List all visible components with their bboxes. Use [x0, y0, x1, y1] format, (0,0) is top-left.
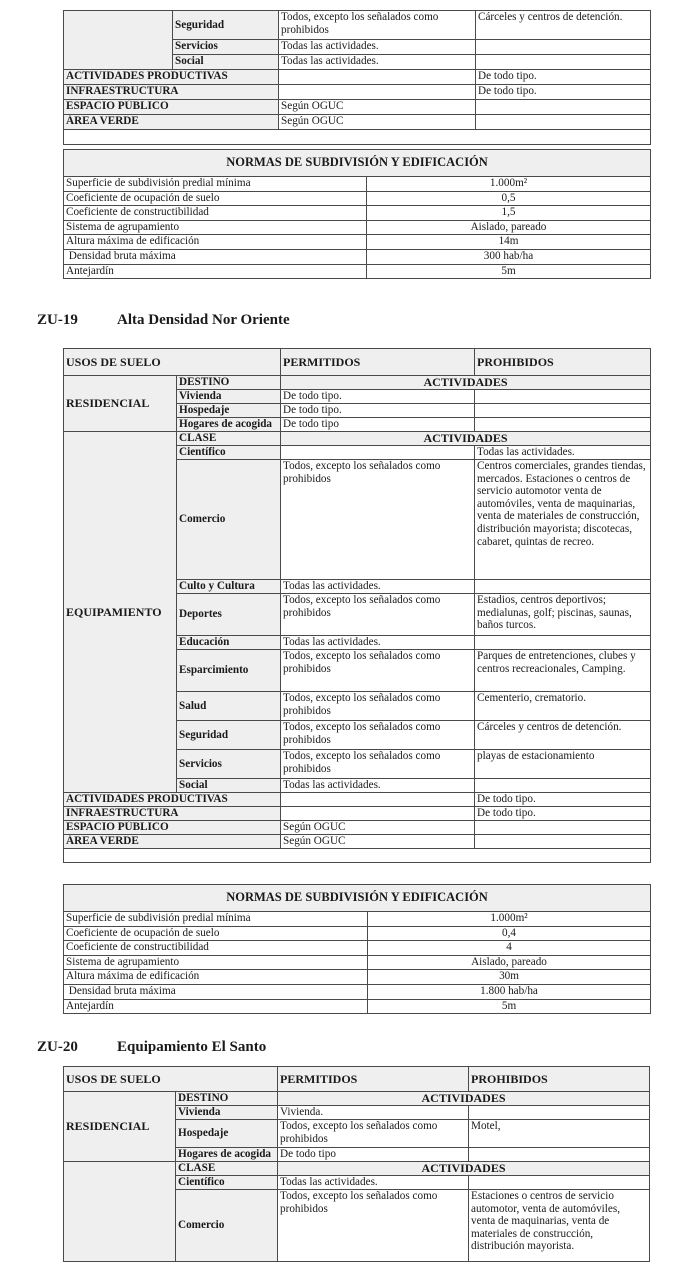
permitidos-cell: Todos, excepto los señalados como prohib… [278, 1190, 469, 1262]
prohibidos-cell [476, 100, 651, 115]
clase-cell: Servicios [173, 40, 279, 55]
use-label: ACTIVIDADES PRODUCTIVAS [64, 793, 281, 807]
clase-cell: Servicios [177, 750, 281, 779]
norms-title: NORMAS DE SUBDIVISIÓN Y EDIFICACIÓN [64, 150, 651, 177]
clase-cell: Deportes [177, 594, 281, 636]
table-row: Superficie de subdivisión predial mínima… [64, 912, 651, 927]
actividades-label: ACTIVIDADES [281, 376, 651, 390]
table-row: Altura máxima de edificación14m [64, 235, 651, 250]
permitidos-cell: De todo tipo. [281, 404, 475, 418]
use-label: ESPACIO PÚBLICO [64, 821, 281, 835]
destino-cell: Hogares de acogida [176, 1148, 278, 1162]
prohibidos-cell: De todo tipo. [475, 793, 651, 807]
norm-value: 5m [368, 999, 651, 1014]
norm-label: Altura máxima de edificación [64, 970, 368, 985]
permitidos-cell: Todas las actividades. [279, 40, 476, 55]
prohibidos-cell [475, 821, 651, 835]
prohibidos-cell [475, 404, 651, 418]
norm-value: 4 [368, 941, 651, 956]
prohibidos-cell [469, 1176, 650, 1190]
spacer-row [64, 130, 651, 145]
prohibidos-cell [475, 390, 651, 404]
clase-cell: Comercio [176, 1190, 278, 1262]
table-row: Coeficiente de constructibilidad4 [64, 941, 651, 956]
use-label: ESPACIO PÚBLICO [64, 100, 279, 115]
permitidos-cell [279, 70, 476, 85]
permitidos-cell: Todas las actividades. [279, 55, 476, 70]
prohibidos-cell: Cárceles y centros de detención. [476, 11, 651, 40]
clase-cell: Científico [176, 1176, 278, 1190]
table-row: Seguridad Todos, excepto los señalados c… [64, 11, 651, 40]
norm-label: Coeficiente de constructibilidad [64, 941, 368, 956]
prohibidos-cell [475, 779, 651, 793]
destino-cell: Hospedaje [177, 404, 281, 418]
table-row: Coeficiente de constructibilidad1,5 [64, 206, 651, 221]
prohibidos-cell [475, 580, 651, 594]
table-row: Antejardín5m [64, 999, 651, 1014]
permitidos-cell: Según OGUC [281, 835, 475, 849]
table-row: Densidad bruta máxima1.800 hab/ha [64, 984, 651, 999]
norm-value: 1.000m² [368, 912, 651, 927]
permitidos-cell: Todas las actividades. [281, 779, 475, 793]
zu18-norms-table: NORMAS DE SUBDIVISIÓN Y EDIFICACIÓN Supe… [63, 149, 651, 279]
norm-value: 0,4 [368, 926, 651, 941]
permitidos-cell [279, 85, 476, 100]
table-row: RESIDENCIAL DESTINO ACTIVIDADES [64, 376, 651, 390]
zu18-uses-table-continuation: Seguridad Todos, excepto los señalados c… [63, 10, 651, 145]
permitidos-cell [281, 807, 475, 821]
destino-cell: Hogares de acogida [177, 418, 281, 432]
norm-label: Sistema de agrupamiento [64, 955, 368, 970]
norm-label: Coeficiente de ocupación de suelo [64, 926, 368, 941]
section-heading-zu20: ZU-20Equipamiento El Santo [37, 1039, 266, 1056]
residencial-label: RESIDENCIAL [64, 376, 177, 432]
destino-cell: Hospedaje [176, 1120, 278, 1148]
zone-code: ZU-19 [37, 312, 117, 329]
prohibidos-cell [475, 418, 651, 432]
header-prohibidos: PROHIBIDOS [475, 349, 651, 376]
permitidos-cell: De todo tipo [278, 1148, 469, 1162]
norm-value: 0,5 [367, 191, 651, 206]
clase-cell: Social [173, 55, 279, 70]
norm-label: Superficie de subdivisión predial mínima [64, 912, 368, 927]
table-header-row: USOS DE SUELO PERMITIDOS PROHIBIDOS [64, 1067, 650, 1092]
prohibidos-cell: Parques de entretenciones, clubes y cent… [475, 650, 651, 692]
permitidos-cell [281, 793, 475, 807]
clase-label: CLASE [177, 432, 281, 446]
actividades-label: ACTIVIDADES [278, 1162, 650, 1176]
prohibidos-cell [475, 636, 651, 650]
table-row: ESPACIO PÚBLICO Según OGUC [64, 100, 651, 115]
prohibidos-cell: Centros comerciales, grandes tiendas, me… [475, 460, 651, 580]
prohibidos-cell: Todas las actividades. [475, 446, 651, 460]
table-row: INFRAESTRUCTURA De todo tipo. [64, 85, 651, 100]
norm-value: 1.800 hab/ha [368, 984, 651, 999]
norm-value: 5m [367, 264, 651, 279]
use-label: ÁREA VERDE [64, 115, 279, 130]
table-row: INFRAESTRUCTURA De todo tipo. [64, 807, 651, 821]
norm-value: 1.000m² [367, 177, 651, 192]
clase-cell: Esparcimiento [177, 650, 281, 692]
permitidos-cell: Todos, excepto los señalados como prohib… [279, 11, 476, 40]
section-heading-zu19: ZU-19Alta Densidad Nor Oriente [37, 312, 290, 329]
clase-cell: Social [177, 779, 281, 793]
norm-value: 1,5 [367, 206, 651, 221]
destino-label: DESTINO [177, 376, 281, 390]
use-label: ACTIVIDADES PRODUCTIVAS [64, 70, 279, 85]
prohibidos-cell: De todo tipo. [476, 85, 651, 100]
prohibidos-cell: Motel, [469, 1120, 650, 1148]
zu19-norms-table: NORMAS DE SUBDIVISIÓN Y EDIFICACIÓN Supe… [63, 884, 651, 1014]
equipamiento-cell [64, 11, 173, 70]
clase-label: CLASE [176, 1162, 278, 1176]
zone-code: ZU-20 [37, 1039, 117, 1056]
norm-value: 300 hab/ha [367, 249, 651, 264]
prohibidos-cell [476, 115, 651, 130]
permitidos-cell: Todos, excepto los señalados como prohib… [281, 721, 475, 750]
zone-name: Alta Densidad Nor Oriente [117, 312, 290, 328]
equipamiento-cell [64, 1162, 176, 1262]
permitidos-cell: Según OGUC [279, 100, 476, 115]
header-usos: USOS DE SUELO [64, 349, 281, 376]
prohibidos-cell [469, 1148, 650, 1162]
header-permitidos: PERMITIDOS [278, 1067, 469, 1092]
permitidos-cell: Vivienda. [278, 1106, 469, 1120]
permitidos-cell: Todas las actividades. [281, 580, 475, 594]
table-row: Antejardín5m [64, 264, 651, 279]
table-row: Sistema de agrupamientoAislado, pareado [64, 955, 651, 970]
table-row: ÁREA VERDE Según OGUC [64, 835, 651, 849]
permitidos-cell: Todos, excepto los señalados como prohib… [281, 460, 475, 580]
norm-label: Altura máxima de edificación [64, 235, 367, 250]
actividades-label: ACTIVIDADES [281, 432, 651, 446]
prohibidos-cell: Estadios, centros deportivos; medialunas… [475, 594, 651, 636]
norm-value: 30m [368, 970, 651, 985]
header-usos: USOS DE SUELO [64, 1067, 278, 1092]
permitidos-cell: Todas las actividades. [278, 1176, 469, 1190]
clase-cell: Comercio [177, 460, 281, 580]
permitidos-cell: De todo tipo. [281, 390, 475, 404]
norm-label: Densidad bruta máxima [64, 249, 367, 264]
table-row: ÁREA VERDE Según OGUC [64, 115, 651, 130]
table-row: Superficie de subdivisión predial mínima… [64, 177, 651, 192]
table-row: ACTIVIDADES PRODUCTIVAS De todo tipo. [64, 70, 651, 85]
norm-label: Antejardín [64, 999, 368, 1014]
norm-label: Coeficiente de ocupación de suelo [64, 191, 367, 206]
norm-label: Coeficiente de constructibilidad [64, 206, 367, 221]
permitidos-cell: Todos, excepto los señalados como prohib… [278, 1120, 469, 1148]
zone-name: Equipamiento El Santo [117, 1039, 266, 1055]
zu20-uses-table: USOS DE SUELO PERMITIDOS PROHIBIDOS RESI… [63, 1066, 650, 1262]
permitidos-cell: Todas las actividades. [281, 636, 475, 650]
prohibidos-cell: Estaciones o centros de servicio automot… [469, 1190, 650, 1262]
use-label: INFRAESTRUCTURA [64, 85, 279, 100]
header-permitidos: PERMITIDOS [281, 349, 475, 376]
table-header-row: USOS DE SUELO PERMITIDOS PROHIBIDOS [64, 349, 651, 376]
norm-label: Antejardín [64, 264, 367, 279]
destino-cell: Vivienda [176, 1106, 278, 1120]
table-row: ACTIVIDADES PRODUCTIVAS De todo tipo. [64, 793, 651, 807]
norms-title: NORMAS DE SUBDIVISIÓN Y EDIFICACIÓN [64, 885, 651, 912]
clase-cell: Educación [177, 636, 281, 650]
prohibidos-cell [476, 40, 651, 55]
use-label: ÁREA VERDE [64, 835, 281, 849]
prohibidos-cell: Cárceles y centros de detención. [475, 721, 651, 750]
permitidos-cell [281, 446, 475, 460]
table-row: Sistema de agrupamientoAislado, pareado [64, 220, 651, 235]
norm-value: 14m [367, 235, 651, 250]
norm-value: Aislado, pareado [368, 955, 651, 970]
permitidos-cell: De todo tipo [281, 418, 475, 432]
prohibidos-cell: De todo tipo. [476, 70, 651, 85]
table-row: EQUIPAMIENTO CLASE ACTIVIDADES [64, 432, 651, 446]
clase-cell: Seguridad [173, 11, 279, 40]
norm-label: Sistema de agrupamiento [64, 220, 367, 235]
prohibidos-cell [475, 835, 651, 849]
clase-cell: Seguridad [177, 721, 281, 750]
spacer-row [64, 849, 651, 863]
table-row: Coeficiente de ocupación de suelo0,4 [64, 926, 651, 941]
norm-value: Aislado, pareado [367, 220, 651, 235]
zu19-uses-table: USOS DE SUELO PERMITIDOS PROHIBIDOS RESI… [63, 348, 651, 863]
clase-cell: Científico [177, 446, 281, 460]
residencial-label: RESIDENCIAL [64, 1092, 176, 1162]
prohibidos-cell: Cementerio, crematorio. [475, 692, 651, 721]
permitidos-cell: Todos, excepto los señalados como prohib… [281, 692, 475, 721]
table-row: RESIDENCIAL DESTINO ACTIVIDADES [64, 1092, 650, 1106]
clase-cell: Culto y Cultura [177, 580, 281, 594]
table-row: ESPACIO PÚBLICO Según OGUC [64, 821, 651, 835]
header-prohibidos: PROHIBIDOS [469, 1067, 650, 1092]
actividades-label: ACTIVIDADES [278, 1092, 650, 1106]
clase-cell: Salud [177, 692, 281, 721]
permitidos-cell: Todos, excepto los señalados como prohib… [281, 594, 475, 636]
table-row: Coeficiente de ocupación de suelo0,5 [64, 191, 651, 206]
equipamiento-label: EQUIPAMIENTO [64, 432, 177, 793]
destino-cell: Vivienda [177, 390, 281, 404]
destino-label: DESTINO [176, 1092, 278, 1106]
table-row: CLASE ACTIVIDADES [64, 1162, 650, 1176]
table-row: Densidad bruta máxima300 hab/ha [64, 249, 651, 264]
permitidos-cell: Todos, excepto los señalados como prohib… [281, 650, 475, 692]
prohibidos-cell [476, 55, 651, 70]
prohibidos-cell [469, 1106, 650, 1120]
use-label: INFRAESTRUCTURA [64, 807, 281, 821]
table-row: Altura máxima de edificación30m [64, 970, 651, 985]
permitidos-cell: Todos, excepto los señalados como prohib… [281, 750, 475, 779]
prohibidos-cell: De todo tipo. [475, 807, 651, 821]
permitidos-cell: Según OGUC [281, 821, 475, 835]
norm-label: Superficie de subdivisión predial mínima [64, 177, 367, 192]
prohibidos-cell: playas de estacionamiento [475, 750, 651, 779]
norm-label: Densidad bruta máxima [64, 984, 368, 999]
permitidos-cell: Según OGUC [279, 115, 476, 130]
